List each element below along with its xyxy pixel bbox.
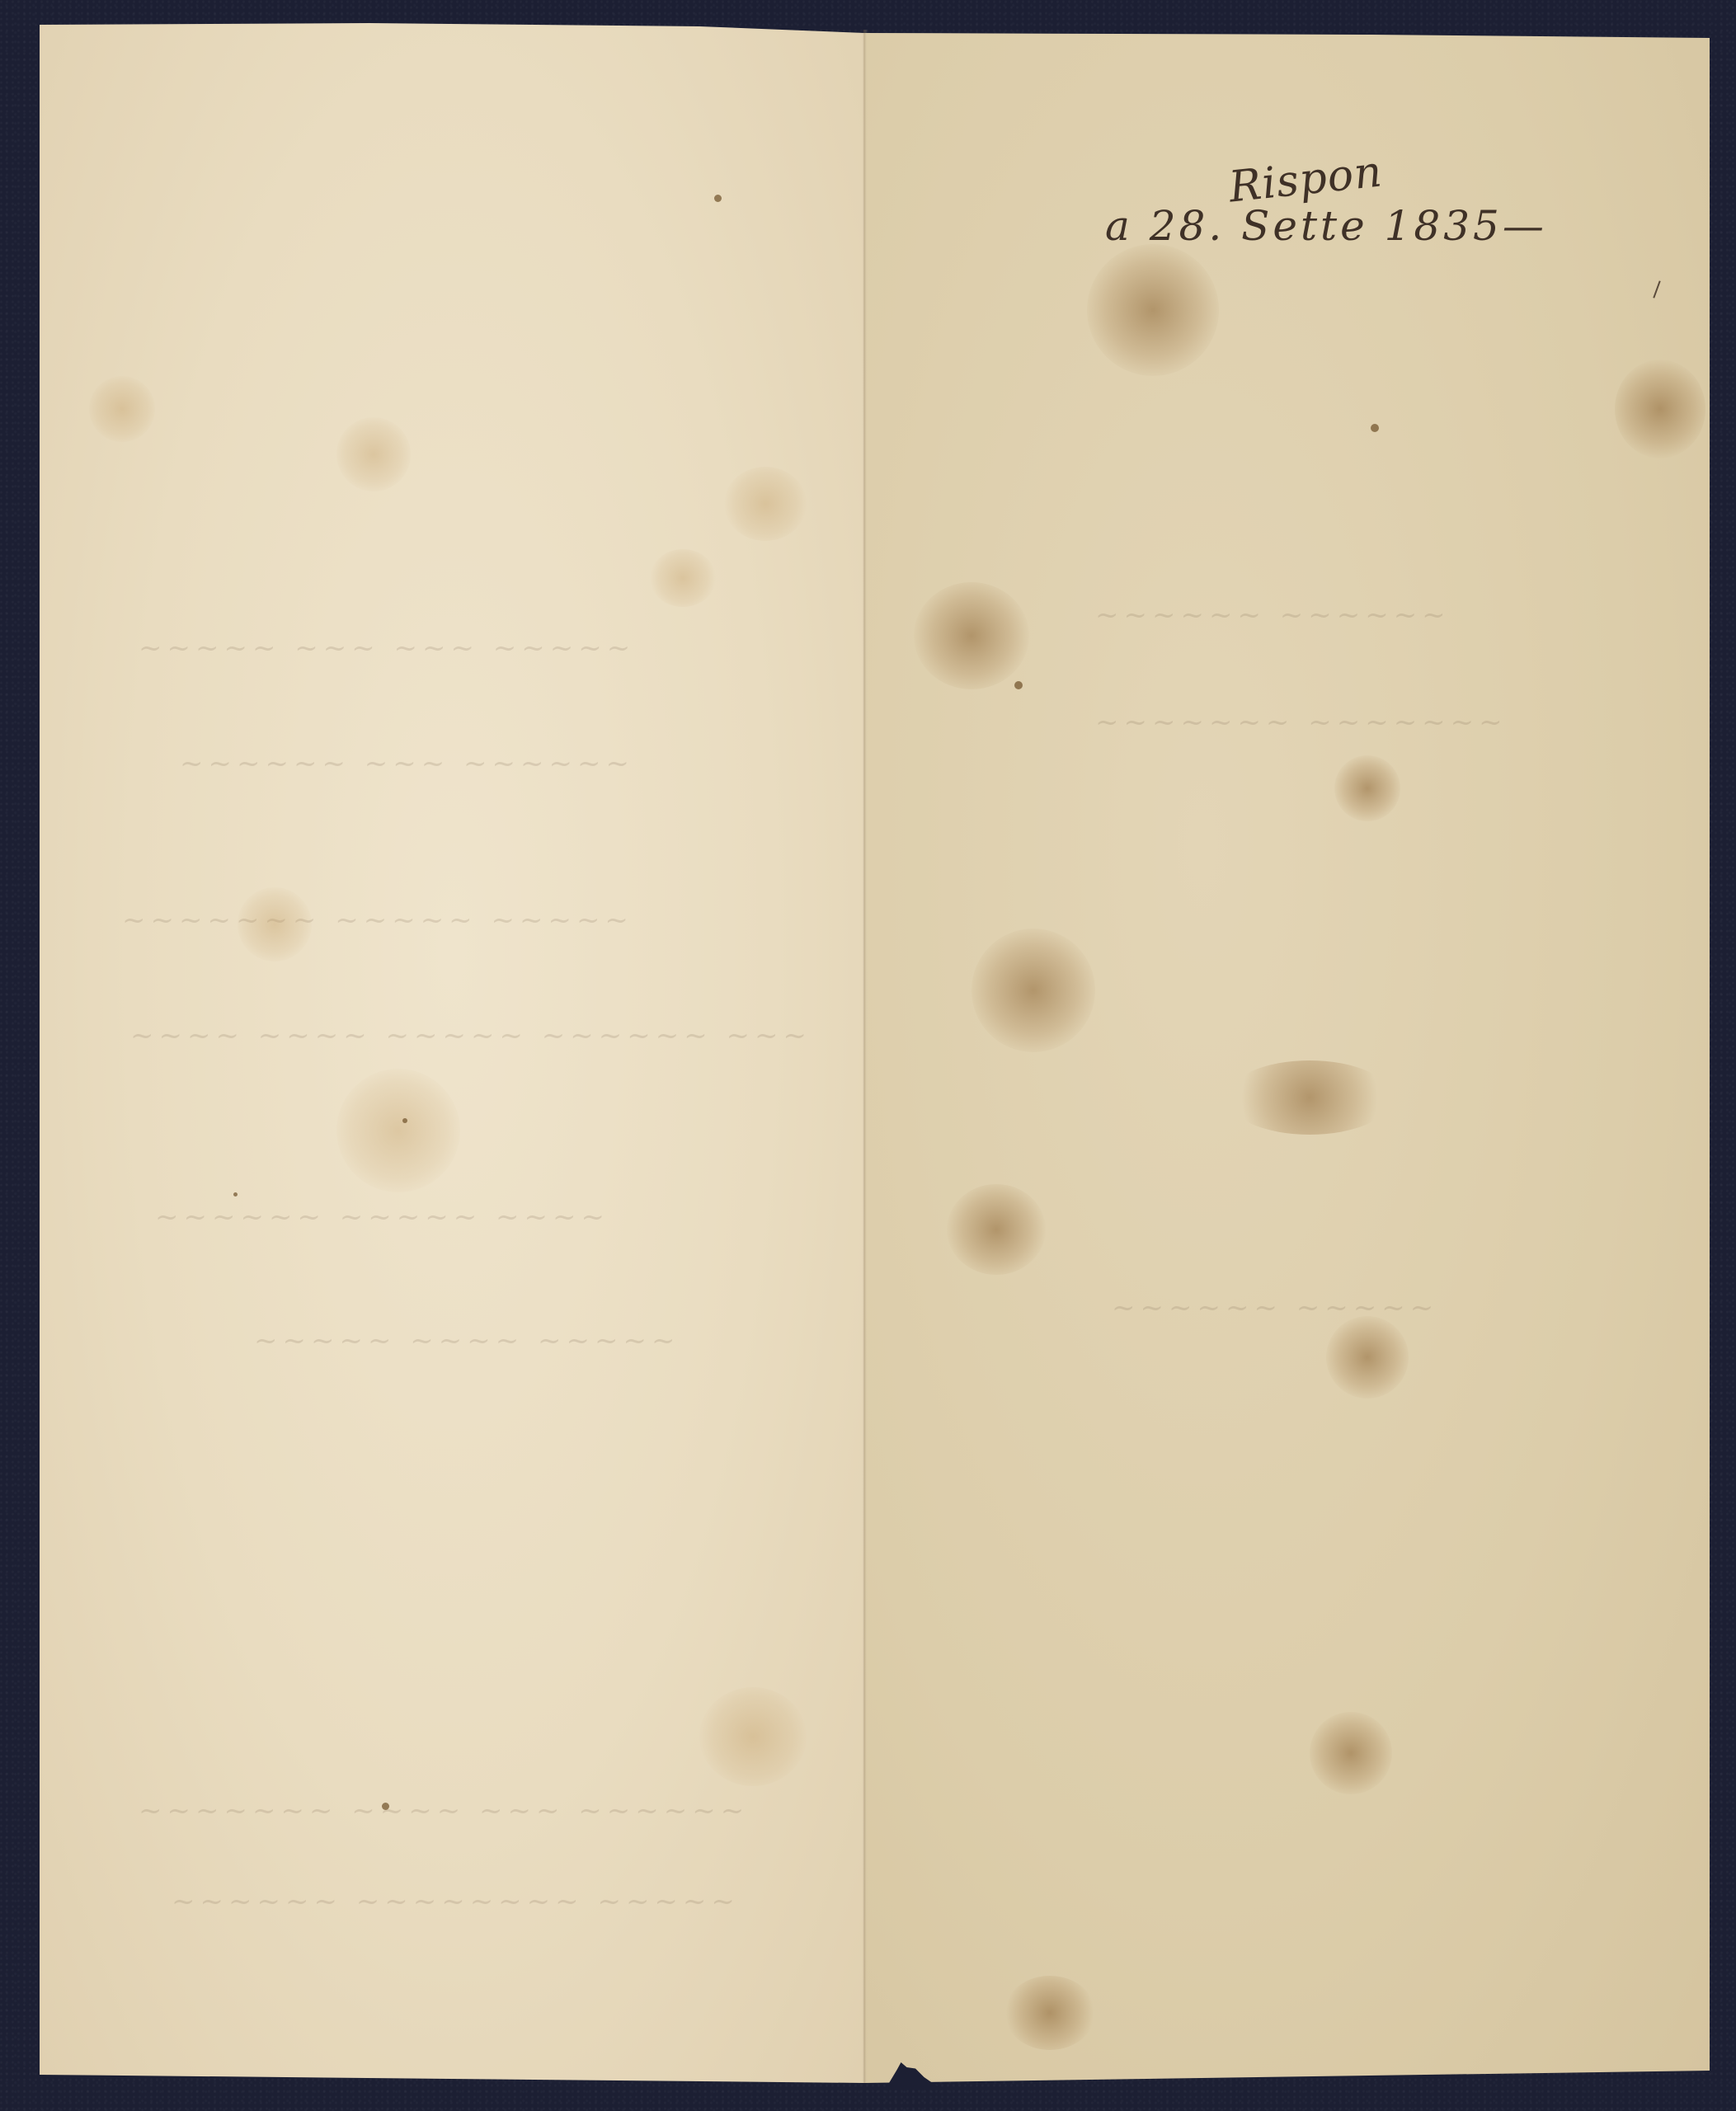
foxing-spot	[336, 1069, 460, 1192]
foxing-spot	[724, 467, 807, 541]
ink-speck	[233, 1192, 238, 1197]
foxing-spot	[972, 929, 1095, 1052]
foxing-spot	[336, 417, 411, 491]
center-fold	[863, 30, 868, 2083]
show-through-text: ~~~~~~ ~~~~~~~~ ~~~~~	[172, 1885, 740, 1918]
foxing-spot	[1004, 1976, 1095, 2050]
foxing-spot	[1326, 1316, 1409, 1399]
foxing-spot	[1310, 1712, 1392, 1794]
foxing-spot	[914, 582, 1029, 689]
foxing-spot	[89, 376, 155, 442]
show-through-text: ~~~~~~ ~~~~~	[1112, 1291, 1438, 1324]
show-through-text: ~~~~~~ ~~~ ~~~~~~	[180, 747, 634, 780]
ink-speck	[382, 1803, 389, 1810]
foxing-spot	[1227, 1060, 1392, 1135]
show-through-text: ~~~~~ ~~~~ ~~~~~	[254, 1324, 680, 1357]
ink-speck	[714, 195, 722, 202]
ink-speck	[1014, 681, 1023, 689]
foxing-spot	[1087, 244, 1219, 376]
docket-line-2: a 28. Sette 1835—	[1105, 202, 1547, 250]
foxing-spot	[947, 1184, 1046, 1275]
foxing-spot	[238, 887, 312, 961]
document-sheet: ~~~~~ ~~~ ~~~ ~~~~~ ~~~~~~ ~~~ ~~~~~~ ~~…	[40, 21, 1710, 2083]
show-through-text: ~~~~~~~ ~~~~~ ~~~~~	[122, 904, 633, 937]
show-through-text: ~~~~~~ ~~~~~~	[1095, 599, 1451, 632]
foxing-spot	[1334, 755, 1400, 821]
show-through-text: ~~~~ ~~~~ ~~~~~ ~~~~~~ ~~~	[130, 1019, 812, 1052]
foxing-spot	[699, 1687, 807, 1786]
show-through-text: ~~~~~~ ~~~~~ ~~~~	[155, 1201, 609, 1234]
ink-speck	[1371, 424, 1379, 432]
ink-speck	[402, 1118, 407, 1123]
right-panel	[864, 21, 1710, 2083]
foxing-spot	[1615, 360, 1705, 458]
foxing-spot	[650, 549, 716, 607]
show-through-text: ~~~~~~~ ~~~~ ~~~ ~~~~~~	[139, 1794, 749, 1827]
show-through-text: ~~~~~~~ ~~~~~~~	[1095, 706, 1508, 739]
show-through-text: ~~~~~ ~~~ ~~~ ~~~~~	[139, 632, 635, 665]
